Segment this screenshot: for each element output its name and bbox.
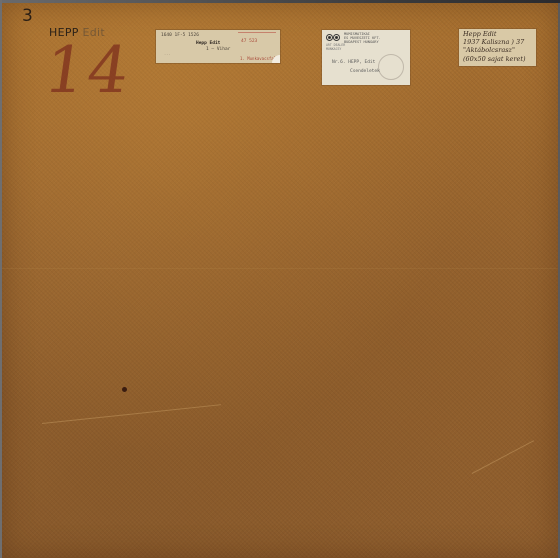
handwritten-line-4: (60x50 sajat keret) (463, 55, 525, 63)
dealer-subheader: ART DEALER MUNKACSY (326, 44, 345, 52)
dark-spot (122, 387, 127, 392)
label-1-line-2: Hepp Edit (196, 41, 220, 46)
label-1-line-1: 1640 1F-5 1526 (161, 33, 199, 38)
dealer-header: MUMISMATIKAI ES MUVESZETI KFT. BUDAPEST … (344, 32, 381, 44)
scratch-mark (472, 440, 534, 474)
typed-inventory-label: 1640 1F-5 1526 Hepp Edit 1 – Vihar ... 4… (156, 30, 280, 63)
label-1-red-number: 47 523 (241, 39, 257, 44)
dealer-logo-icon (326, 33, 342, 43)
label-1-line-3: 1 – Vihar (206, 47, 230, 52)
red-rule-line (238, 32, 276, 33)
red-handwritten-number: 14 (40, 34, 136, 108)
inventory-number: 3 (22, 6, 33, 26)
board-seam-line (2, 268, 558, 269)
handwritten-label: Hepp Edit 1937 Kaliszna ) 37 "Aktábolcsr… (459, 29, 536, 66)
handwritten-line-1: Hepp Edit (463, 30, 497, 38)
handwritten-line-2: 1937 Kaliszna ) 37 (463, 38, 524, 46)
dealer-label-artwork-number: Nr.6. HEPP, Edit (332, 60, 375, 65)
dealer-label-title: Csendeletek (350, 69, 380, 74)
label-1-red-text: 1. Munkavacsfal (240, 56, 276, 61)
round-stamp-icon (378, 54, 404, 80)
label-1-line-4: ... (164, 52, 170, 56)
handwritten-line-3: "Aktábolcsrasz" (463, 46, 515, 54)
scratch-mark (42, 404, 221, 424)
dealer-label: MUMISMATIKAI ES MUVESZETI KFT. BUDAPEST … (322, 30, 410, 85)
